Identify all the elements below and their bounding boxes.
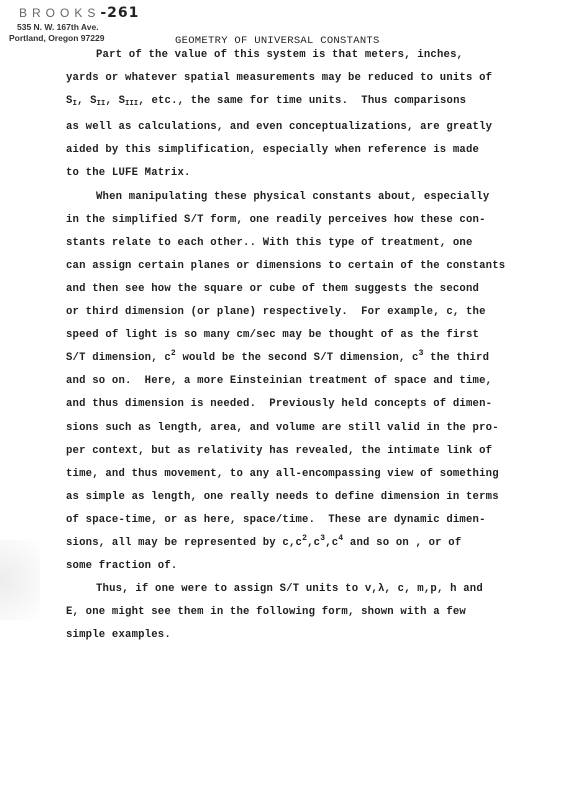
letterhead-city: Portland, Oregon 97229 [9, 33, 139, 44]
document-body: Part of the value of this system is that… [66, 44, 556, 647]
text-line: speed of light is so many cm/sec may be … [66, 324, 556, 347]
text-line: and so on. Here, a more Einsteinian trea… [66, 370, 556, 393]
text-line: When manipulating these physical constan… [66, 186, 556, 209]
text-line: can assign certain planes or dimensions … [66, 255, 556, 278]
text-line: and thus dimension is needed. Previously… [66, 393, 556, 416]
text-line: as simple as length, one really needs to… [66, 486, 556, 509]
text-line: SI, SII, SIII, etc., the same for time u… [66, 90, 556, 116]
text-line: as well as calculations, and even concep… [66, 116, 556, 139]
scan-smudge [0, 540, 40, 620]
text-line: aided by this simplification, especially… [66, 139, 556, 162]
text-line: E, one might see them in the following f… [66, 601, 556, 624]
text-line: simple examples. [66, 624, 556, 647]
text-line: sions such as length, area, and volume a… [66, 417, 556, 440]
letterhead-street: 535 N. W. 167th Ave. [17, 22, 139, 33]
text-line: of space-time, or as here, space/time. T… [66, 509, 556, 532]
text-line: sions, all may be represented by c,c2,c3… [66, 532, 556, 555]
text-line: Part of the value of this system is that… [66, 44, 556, 67]
text-line: in the simplified S/T form, one readily … [66, 209, 556, 232]
text-line: or third dimension (or plane) respective… [66, 301, 556, 324]
text-line: to the LUFE Matrix. [66, 162, 556, 185]
text-line: some fraction of. [66, 555, 556, 578]
letterhead-name: BROOKS [19, 6, 100, 20]
text-line: S/T dimension, c2 would be the second S/… [66, 347, 556, 370]
paragraph-3: Thus, if one were to assign S/T units to… [66, 578, 556, 647]
text-line: yards or whatever spatial measurements m… [66, 67, 556, 90]
text-line: stants relate to each other.. With this … [66, 232, 556, 255]
document-reference: -261 [100, 5, 139, 21]
text-line: and then see how the square or cube of t… [66, 278, 556, 301]
paragraph-1: Part of the value of this system is that… [66, 44, 556, 186]
paragraph-2: When manipulating these physical constan… [66, 186, 556, 579]
text-line: time, and thus movement, to any all-enco… [66, 463, 556, 486]
letterhead: BROOKS-261 535 N. W. 167th Ave. Portland… [9, 4, 139, 44]
text-line: per context, but as relativity has revea… [66, 440, 556, 463]
text-line: Thus, if one were to assign S/T units to… [66, 578, 556, 601]
